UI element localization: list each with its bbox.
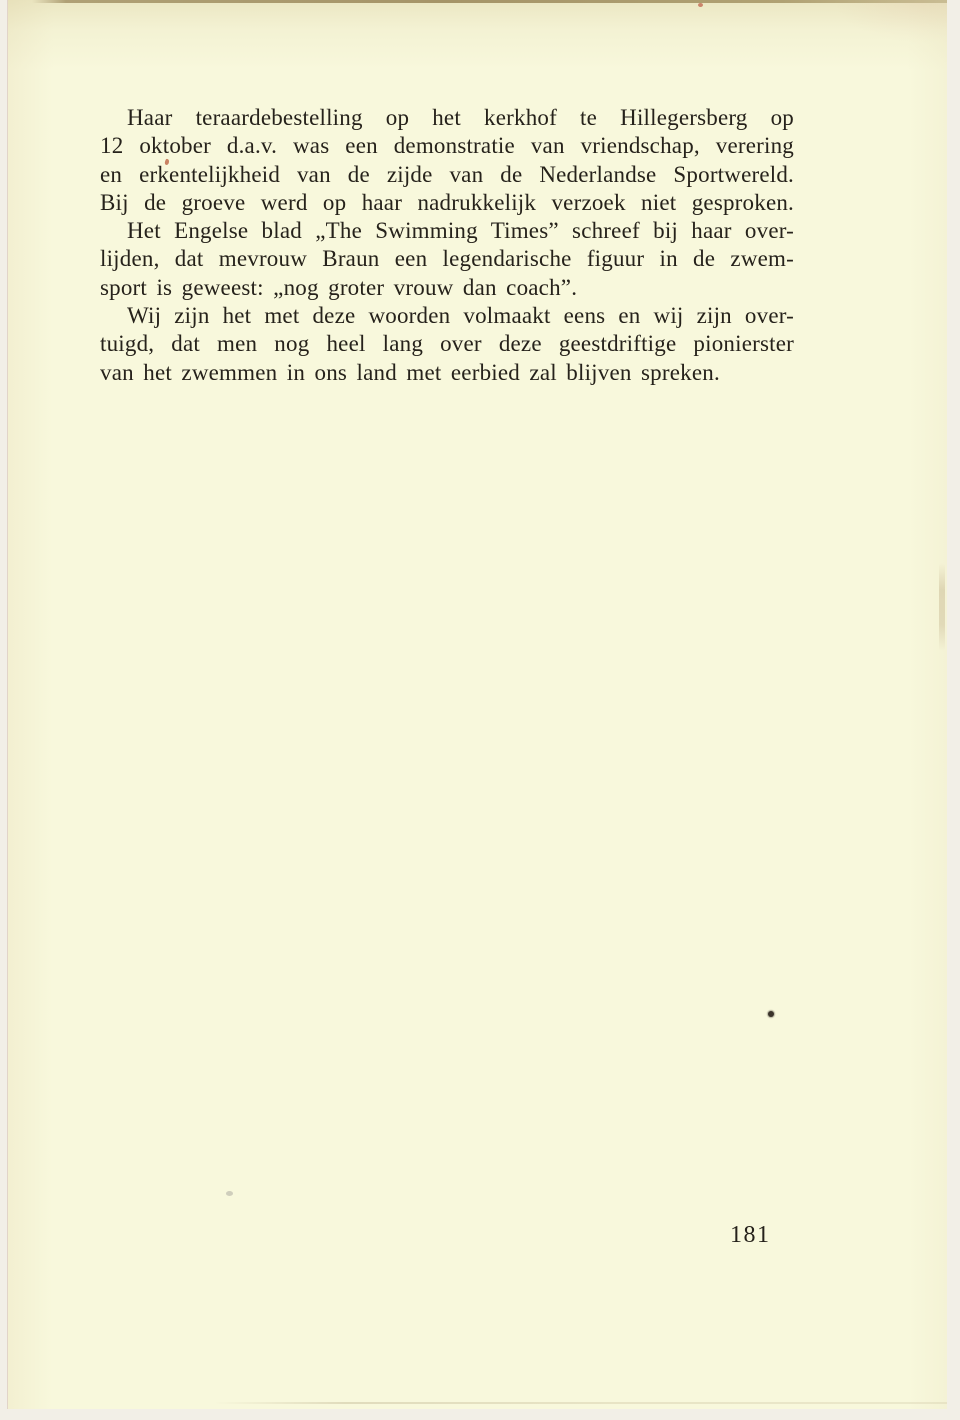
scan-smudge xyxy=(939,563,945,651)
text-line: Wij zijn het met deze woorden volmaakt e… xyxy=(100,302,794,330)
text-line: Het Engelse blad „The Swimming Times” sc… xyxy=(100,217,794,245)
body-text: Haar teraardebestelling op het kerkhof t… xyxy=(100,104,794,387)
scan-speck-faint xyxy=(226,1191,233,1196)
text-line: en erkentelijkheid van de zijde van de N… xyxy=(100,161,794,189)
text-line: tuigd, dat men nog heel lang over deze g… xyxy=(100,330,794,358)
paragraph: Haar teraardebestelling op het kerkhof t… xyxy=(100,104,794,217)
text-line: lijden, dat mevrouw Braun een legendaris… xyxy=(100,245,794,273)
page-bottom-edge-line xyxy=(213,1402,947,1404)
book-page: Haar teraardebestelling op het kerkhof t… xyxy=(8,0,947,1409)
text-line: 12 oktober d.a.v. was een demonstratie v… xyxy=(100,132,794,160)
text-line: Haar teraardebestelling op het kerkhof t… xyxy=(100,104,794,132)
page-number: 181 xyxy=(730,1222,790,1249)
text-line: sport is geweest: „nog groter vrouw dan … xyxy=(100,274,794,302)
paragraph: Het Engelse blad „The Swimming Times” sc… xyxy=(100,217,794,302)
scan-speck-red xyxy=(698,3,703,7)
text-line: van het zwemmen in ons land met eerbied … xyxy=(100,359,794,387)
paragraph: Wij zijn het met deze woorden volmaakt e… xyxy=(100,302,794,387)
scan-speck-ink xyxy=(768,1011,774,1017)
scan-background: { "colors": { "paper": "#f8f8dc", "ink":… xyxy=(0,0,960,1420)
page-top-edge-line xyxy=(32,0,947,3)
text-line: Bij de groeve werd op haar nadrukkelijk … xyxy=(100,189,794,217)
